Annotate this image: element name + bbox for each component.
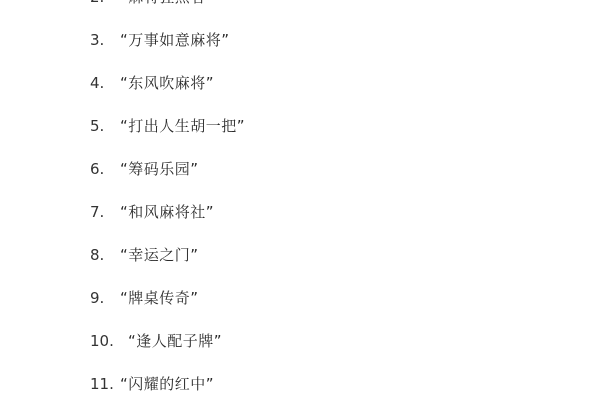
item-text: “麻将狂热者” <box>120 0 214 9</box>
item-number: 4. <box>90 71 120 95</box>
item-text: “牌桌传奇” <box>120 286 199 310</box>
item-number: 8. <box>90 243 120 267</box>
list-item: 5. “打出人生胡一把” <box>90 114 245 138</box>
list-item: 9. “牌桌传奇” <box>90 286 199 310</box>
list-item: 6. “筹码乐园” <box>90 157 199 181</box>
item-text: “幸运之门” <box>120 243 199 267</box>
list-item: 10. “逢人配子牌” <box>90 329 222 353</box>
item-text: “万事如意麻将” <box>120 28 230 52</box>
item-text: “和风麻将社” <box>120 200 214 224</box>
item-text: “打出人生胡一把” <box>120 114 245 138</box>
list-item: 8. “幸运之门” <box>90 243 199 267</box>
item-number: 11. <box>90 372 120 396</box>
item-number: 3. <box>90 28 120 52</box>
item-number: 5. <box>90 114 120 138</box>
item-text: “闪耀的红中” <box>120 372 214 396</box>
list-item: 4. “东风吹麻将” <box>90 71 214 95</box>
item-number: 9. <box>90 286 120 310</box>
item-number: 6. <box>90 157 120 181</box>
list-item: 3. “万事如意麻将” <box>90 28 230 52</box>
list-item: 2. “麻将狂热者” <box>90 0 214 9</box>
item-number: 10. <box>90 329 128 353</box>
list-item: 11. “闪耀的红中” <box>90 372 214 396</box>
numbered-list: 2. “麻将狂热者” 3. “万事如意麻将” 4. “东风吹麻将” 5. “打出… <box>0 0 600 400</box>
list-item: 7. “和风麻将社” <box>90 200 214 224</box>
item-number: 2. <box>90 0 120 9</box>
item-text: “逢人配子牌” <box>128 329 222 353</box>
item-number: 7. <box>90 200 120 224</box>
item-text: “筹码乐园” <box>120 157 199 181</box>
item-text: “东风吹麻将” <box>120 71 214 95</box>
